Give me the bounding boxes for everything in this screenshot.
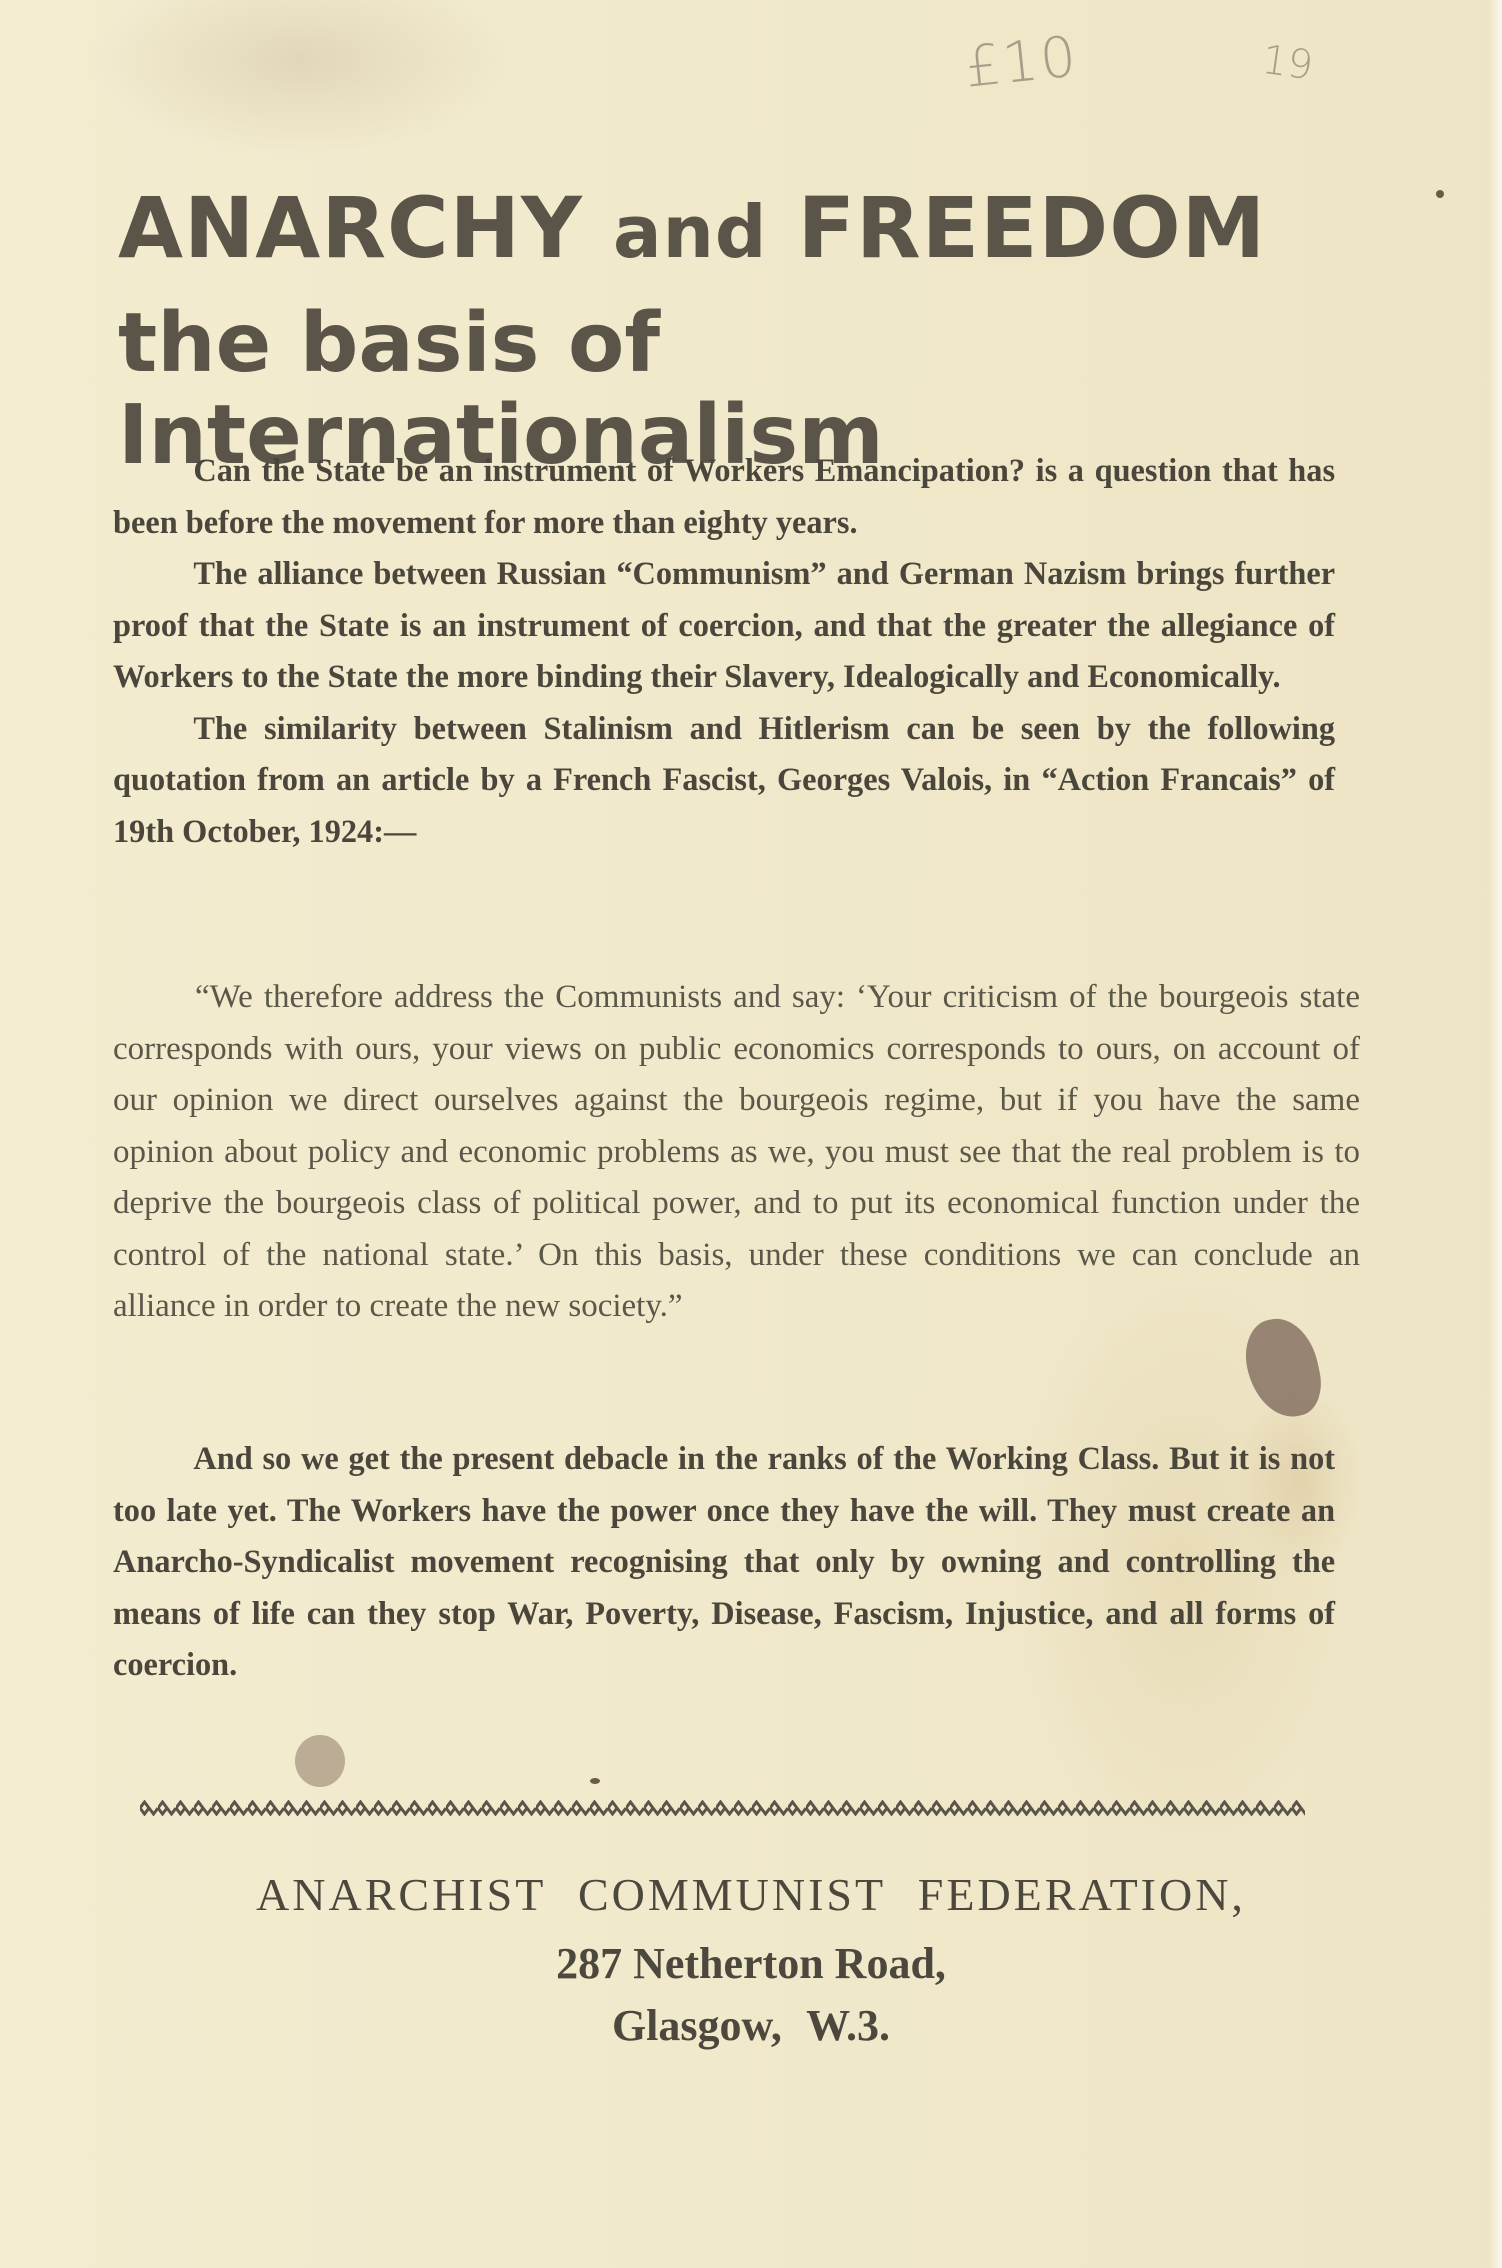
valois-quotation: “We therefore address the Communists and… [113, 972, 1360, 1333]
paragraph-3: The similarity between Stalinism and Hit… [113, 704, 1335, 859]
closing-paragraph: And so we get the present debacle in the… [113, 1434, 1335, 1692]
ink-speck [1436, 190, 1444, 198]
title-and: and [613, 190, 767, 274]
title-freedom: FREEDOM [798, 179, 1267, 277]
title-anarchy: ANARCHY [118, 179, 583, 277]
handwritten-number: 19 [1259, 37, 1316, 90]
quote-text: “We therefore address the Communists and… [113, 972, 1360, 1333]
ornamental-divider [140, 1800, 1305, 1816]
paragraph-closing: And so we get the present debacle in the… [113, 1434, 1335, 1692]
intro-paragraphs: Can the State be an instrument of Worker… [113, 446, 1335, 858]
paragraph-1: Can the State be an instrument of Worker… [113, 446, 1335, 549]
ink-speck [590, 1778, 600, 1784]
organization-name: ANARCHIST COMMUNIST FEDERATION, [0, 1868, 1502, 1921]
paragraph-2: The alliance between Russian “Communism”… [113, 549, 1335, 704]
city-postcode: Glasgow, W.3. [0, 2000, 1502, 2051]
paper-edge [1488, 0, 1502, 2268]
stain-mark-small [295, 1735, 345, 1787]
title-line-1: ANARCHY and FREEDOM [118, 182, 1368, 278]
handwritten-price: £10 [962, 24, 1081, 100]
street-address: 287 Netherton Road, [0, 1938, 1502, 1989]
